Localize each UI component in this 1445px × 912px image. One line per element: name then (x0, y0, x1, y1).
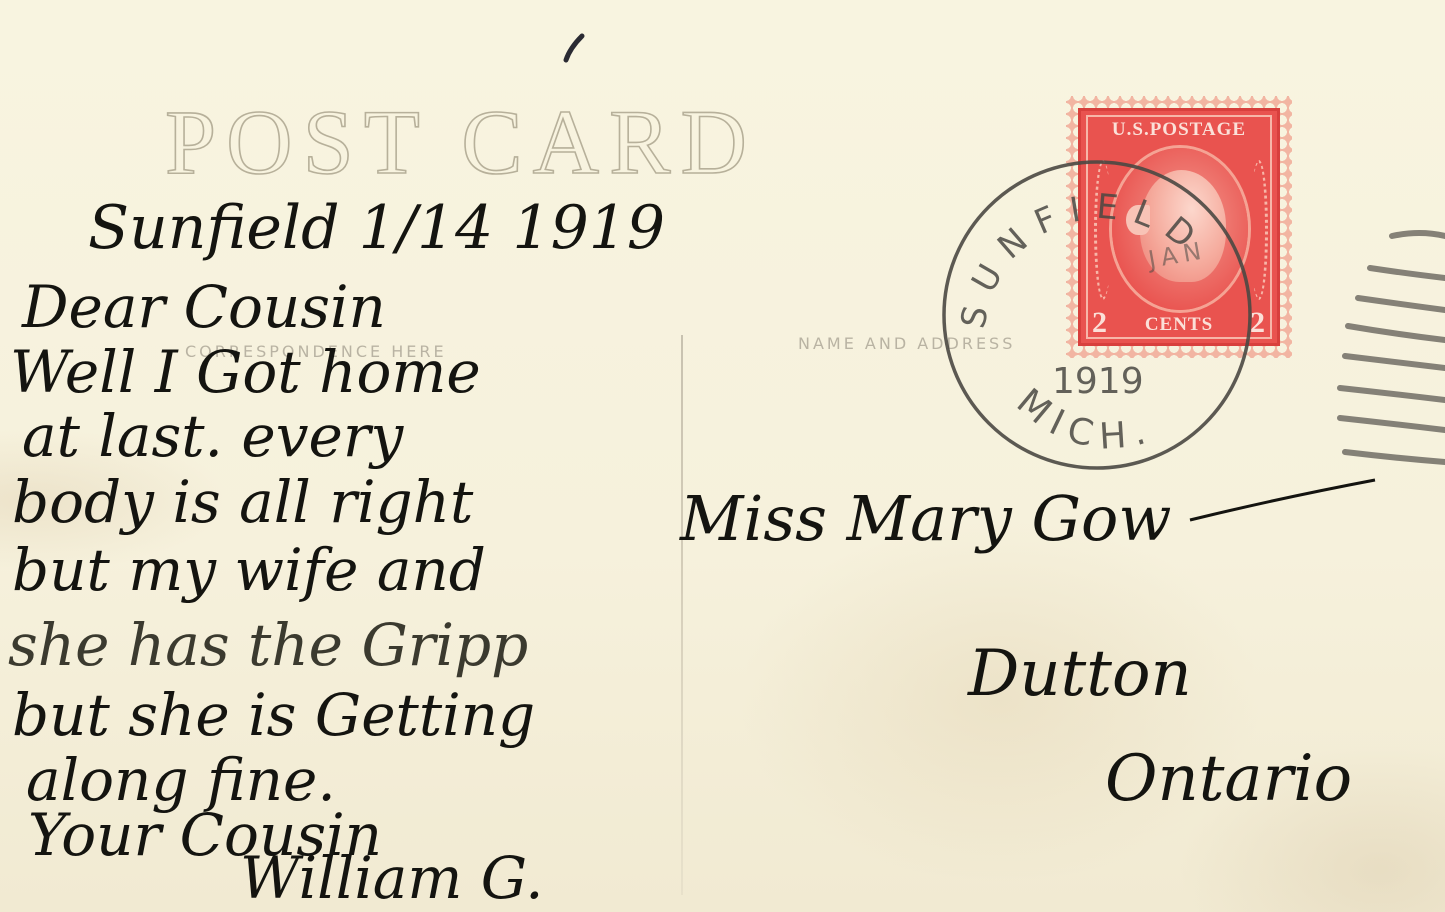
ink-overlay: SUNFIELD 1919 MICH. JAN Sunfield 1/14 19… (0, 0, 1445, 912)
pen-mark (566, 36, 582, 60)
postmark-month: JAN (1144, 236, 1209, 274)
message-line: at last. every (22, 402, 405, 470)
postcard: POST CARD CORRESPONDENCE HERE NAME AND A… (0, 0, 1445, 912)
handwritten-message: Sunfield 1/14 1919 Dear Cousin Well I Go… (8, 193, 665, 912)
message-line: Dear Cousin (21, 273, 386, 341)
message-line: she has the Gripp (8, 611, 528, 679)
message-dateline: Sunfield 1/14 1919 (88, 193, 665, 263)
postmark: SUNFIELD 1919 MICH. JAN (944, 162, 1250, 468)
handwritten-address: Miss Mary Gow Dutton Ontario (679, 480, 1375, 816)
cancellation-bars (1340, 233, 1445, 462)
message-line: Well I Got home (10, 338, 481, 406)
name-flourish (1190, 480, 1375, 520)
message-line: but she is Getting (12, 681, 535, 749)
postmark-year: 1919 (1052, 361, 1144, 402)
recipient-town: Dutton (967, 637, 1192, 711)
message-line: but my wife and (12, 536, 486, 604)
message-signature: William G. (240, 844, 544, 912)
message-line: body is all right (12, 468, 474, 536)
recipient-name: Miss Mary Gow (679, 482, 1171, 555)
recipient-province: Ontario (1105, 742, 1352, 816)
